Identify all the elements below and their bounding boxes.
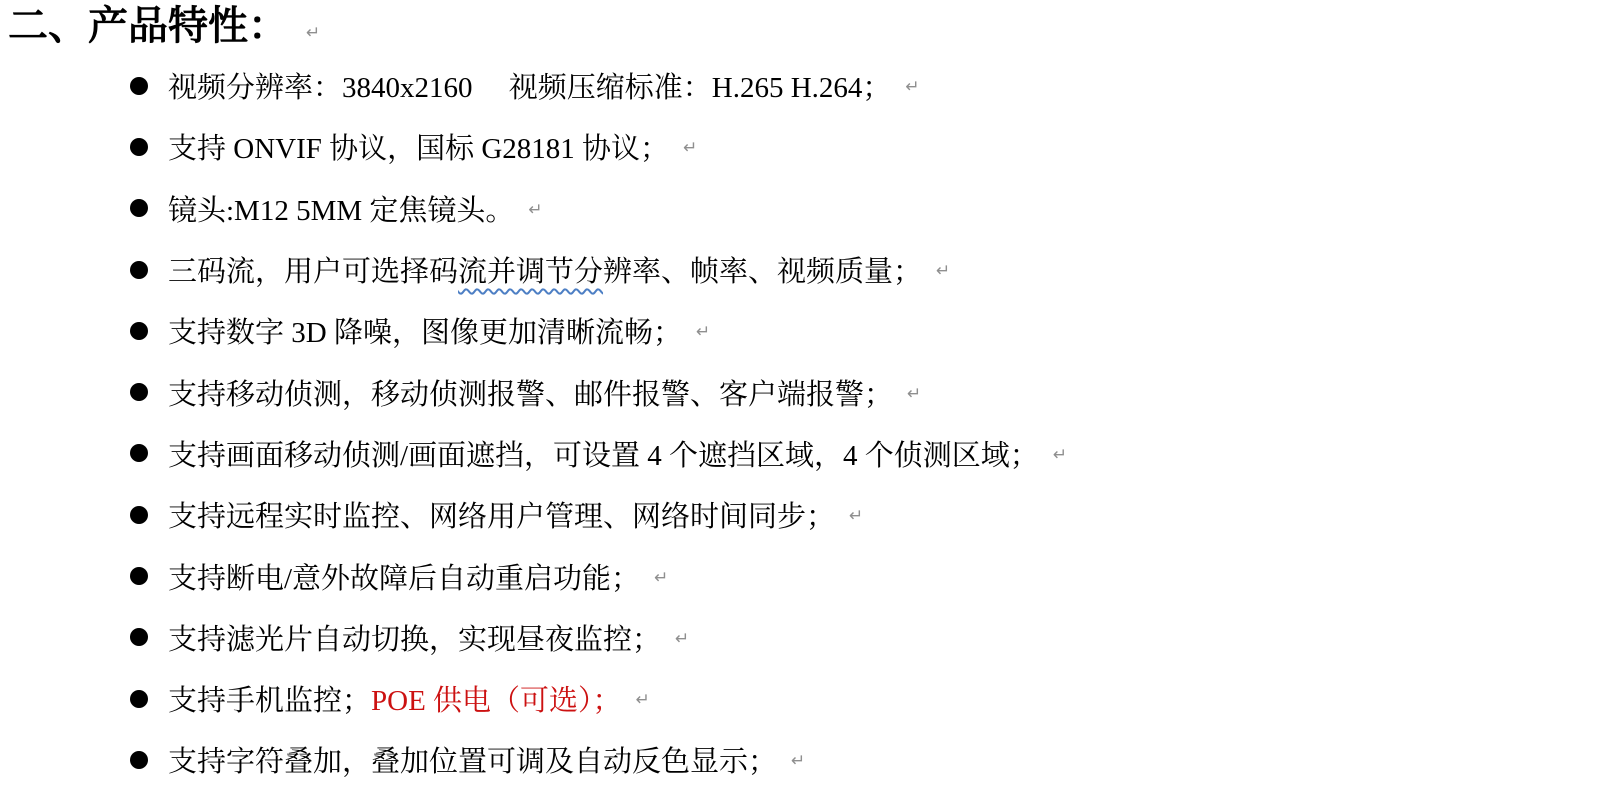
text-segment-normal: 支持滤光片自动切换，实现昼夜监控； <box>168 624 661 656</box>
feature-text: 三码流，用户可选择码流并调节分辨率、帧率、视频质量； <box>168 249 922 290</box>
text-segment-normal: 镜头:M12 5MM 定焦镜头。 <box>168 195 514 227</box>
text-segment-normal: 支持数字 3D 降噪，图像更加清晰流畅； <box>168 317 682 349</box>
paragraph-mark-icon: ↵ <box>936 263 950 280</box>
paragraph-mark-icon: ↵ <box>654 570 668 587</box>
paragraph-mark-icon: ↵ <box>1053 447 1067 464</box>
paragraph-mark-icon: ↵ <box>636 692 650 709</box>
feature-item: 支持移动侦测，移动侦测报警、邮件报警、客户端报警； ↵ <box>130 361 1598 422</box>
paragraph-mark-icon: ↵ <box>696 324 710 341</box>
bullet-icon <box>130 628 148 646</box>
feature-list: 视频分辨率：3840x2160 视频压缩标准：H.265 H.264； ↵ 支持… <box>0 55 1598 790</box>
feature-text: 视频分辨率：3840x2160 视频压缩标准：H.265 H.264； <box>168 65 891 106</box>
paragraph-mark-icon: ↵ <box>675 631 689 648</box>
feature-text: 支持手机监控；POE 供电（可选）； <box>168 678 622 719</box>
paragraph-mark-icon: ↵ <box>791 753 805 770</box>
feature-text: 镜头:M12 5MM 定焦镜头。 <box>168 188 514 229</box>
text-segment-normal: 支持远程实时监控、网络用户管理、网络时间同步； <box>168 501 835 533</box>
text-segment-normal: 支持 ONVIF 协议，国标 G28181 协议； <box>168 133 669 165</box>
text-segment-normal: 辨率、帧率、视频质量； <box>603 256 922 288</box>
text-segment-squiggle: 流并调节分 <box>458 256 603 288</box>
feature-item: 镜头:M12 5MM 定焦镜头。 ↵ <box>130 178 1598 239</box>
bullet-icon <box>130 138 148 156</box>
text-segment-normal: 支持画面移动侦测/画面遮挡，可设置 4 个遮挡区域，4 个侦测区域； <box>168 440 1039 472</box>
bullet-icon <box>130 199 148 217</box>
text-segment-normal: 支持字符叠加，叠加位置可调及自动反色显示； <box>168 746 777 778</box>
feature-item: 支持字符叠加，叠加位置可调及自动反色显示； ↵ <box>130 729 1598 790</box>
feature-text: 支持移动侦测，移动侦测报警、邮件报警、客户端报警； <box>168 372 893 413</box>
feature-item: 支持手机监控；POE 供电（可选）； ↵ <box>130 668 1598 729</box>
feature-item: 视频分辨率：3840x2160 视频压缩标准：H.265 H.264； ↵ <box>130 55 1598 116</box>
feature-item: 支持 ONVIF 协议，国标 G28181 协议； ↵ <box>130 116 1598 177</box>
feature-text: 支持 ONVIF 协议，国标 G28181 协议； <box>168 126 669 167</box>
feature-text: 支持数字 3D 降噪，图像更加清晰流畅； <box>168 310 682 351</box>
bullet-icon <box>130 261 148 279</box>
feature-text: 支持画面移动侦测/画面遮挡，可设置 4 个遮挡区域，4 个侦测区域； <box>168 433 1039 474</box>
bullet-icon <box>130 506 148 524</box>
text-segment-normal: 三码流，用户可选择码 <box>168 256 458 288</box>
feature-text: 支持字符叠加，叠加位置可调及自动反色显示； <box>168 739 777 780</box>
document-page: 二、产品特性： ↵ 视频分辨率：3840x2160 视频压缩标准：H.265 H… <box>0 2 1598 790</box>
feature-item: 支持滤光片自动切换，实现昼夜监控； ↵ <box>130 607 1598 668</box>
section-heading-text: 二、产品特性： <box>8 2 288 50</box>
paragraph-mark-icon: ↵ <box>907 386 921 403</box>
text-segment-normal: 支持断电/意外故障后自动重启功能； <box>168 563 640 595</box>
paragraph-mark-icon: ↵ <box>528 202 542 219</box>
bullet-icon <box>130 567 148 585</box>
text-segment-normal: 视频分辨率：3840x2160 视频压缩标准：H.265 H.264； <box>168 72 891 104</box>
bullet-icon <box>130 751 148 769</box>
bullet-icon <box>130 77 148 95</box>
feature-text: 支持远程实时监控、网络用户管理、网络时间同步； <box>168 494 835 535</box>
bullet-icon <box>130 322 148 340</box>
feature-text: 支持滤光片自动切换，实现昼夜监控； <box>168 617 661 658</box>
paragraph-mark-icon: ↵ <box>849 508 863 525</box>
feature-item: 支持远程实时监控、网络用户管理、网络时间同步； ↵ <box>130 484 1598 545</box>
feature-text: 支持断电/意外故障后自动重启功能； <box>168 556 640 597</box>
text-segment-normal: 支持手机监控； <box>168 685 371 717</box>
bullet-icon <box>130 690 148 708</box>
text-segment-normal: 支持移动侦测，移动侦测报警、邮件报警、客户端报警； <box>168 379 893 411</box>
paragraph-mark-icon: ↵ <box>905 79 919 96</box>
paragraph-mark-icon: ↵ <box>683 140 697 157</box>
paragraph-mark-icon: ↵ <box>306 25 320 42</box>
feature-item: 三码流，用户可选择码流并调节分辨率、帧率、视频质量； ↵ <box>130 239 1598 300</box>
feature-item: 支持数字 3D 降噪，图像更加清晰流畅； ↵ <box>130 300 1598 361</box>
bullet-icon <box>130 444 148 462</box>
feature-item: 支持画面移动侦测/画面遮挡，可设置 4 个遮挡区域，4 个侦测区域； ↵ <box>130 423 1598 484</box>
bullet-icon <box>130 383 148 401</box>
feature-item: 支持断电/意外故障后自动重启功能； ↵ <box>130 545 1598 606</box>
section-heading: 二、产品特性： ↵ <box>8 2 1598 50</box>
text-segment-red: POE 供电（可选）； <box>371 685 622 717</box>
